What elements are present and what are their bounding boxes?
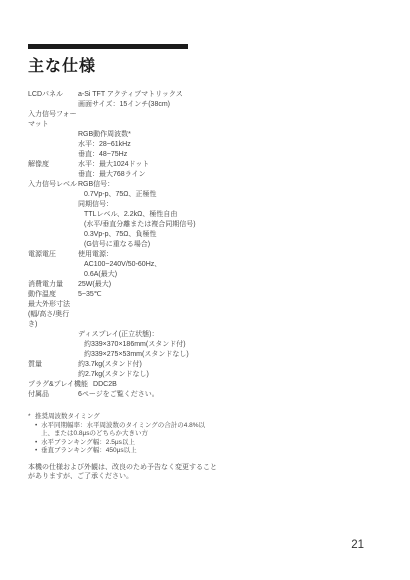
spec-values: DDC2B: [93, 380, 382, 390]
spec-value-line: DDC2B: [93, 380, 382, 390]
manual-page: 主な仕様 LCDパネルa-Si TFT アクティブマトリックス画面サイズ：15イ…: [0, 0, 410, 580]
spec-row: LCDパネルa-Si TFT アクティブマトリックス画面サイズ：15インチ(38…: [28, 90, 382, 110]
spec-values: 5~35℃: [78, 290, 382, 300]
spec-value-line: 約339×370×186mm(スタンド付): [78, 340, 382, 350]
spec-label: 入力信号フォーマット: [28, 110, 78, 130]
footnote-bullet: •水平同期幅率：水平周波数のタイミングの合計の4.8%以上、または0.8μsのど…: [35, 422, 382, 439]
spec-value-line: a-Si TFT アクティブマトリックス: [78, 90, 382, 100]
disclaimer-text: 本機の仕様および外観は、改良のため予告なく変更することがありますが、ご了承くださ…: [28, 463, 220, 482]
footnote-title: 推奨周波数タイミング: [35, 413, 100, 422]
footnote-asterisk: *: [28, 413, 35, 422]
spec-row: 入力信号レベルRGB信号：0.7Vp-p、75Ω、正極性同期信号：TTLレベル、…: [28, 180, 382, 250]
spec-label: 解像度: [28, 160, 78, 180]
spec-value-line: (水平/垂直分離または複合同期信号): [78, 220, 382, 230]
spec-row: プラグ&プレイ機能DDC2B: [28, 380, 382, 390]
spec-value-line: 垂直：48~75Hz: [78, 150, 382, 160]
spec-row: 最大外形寸法(幅/高さ/奥行き)ディスプレイ(正立状態)：約339×370×18…: [28, 300, 382, 360]
spec-row: 解像度水平：最大1024ドット垂直：最大768ライン: [28, 160, 382, 180]
spec-values: RGB動作周波数*水平：28~61kHz垂直：48~75Hz: [78, 130, 382, 160]
spec-label: プラグ&プレイ機能: [28, 380, 88, 390]
spec-value-line: RGB信号：: [78, 180, 382, 190]
spec-value-line: AC100~240V/50-60Hz、: [78, 260, 382, 270]
spec-values: 水平：最大1024ドット垂直：最大768ライン: [78, 160, 382, 180]
spec-value-line: 垂直：最大768ライン: [78, 170, 382, 180]
page-content: 主な仕様 LCDパネルa-Si TFT アクティブマトリックス画面サイズ：15イ…: [28, 44, 382, 482]
spec-values: 6ページをご覧ください。: [78, 390, 382, 400]
spec-row: 入力信号フォーマットRGB動作周波数*水平：28~61kHz垂直：48~75Hz: [28, 110, 382, 160]
spec-value-line: 使用電源：: [78, 250, 382, 260]
spec-value-line: 画面サイズ：15インチ(38cm): [78, 100, 382, 110]
spec-value-line: TTLレベル、2.2kΩ、極性自由: [78, 210, 382, 220]
section-title-bar: [28, 44, 188, 49]
spec-value-line: 水平：28~61kHz: [78, 140, 382, 150]
spec-label: 電源電圧: [28, 250, 78, 280]
footnote-bullet-text: 垂直ブランキング幅：450μs以上: [41, 447, 213, 456]
footnote-bullets: •水平同期幅率：水平周波数のタイミングの合計の4.8%以上、または0.8μsのど…: [28, 422, 382, 456]
spec-value-line: 約3.7kg(スタンド付): [78, 360, 382, 370]
page-number: 21: [351, 539, 364, 551]
spec-value-line: 25W(最大): [78, 280, 382, 290]
spec-label: LCDパネル: [28, 90, 78, 110]
spec-row: 付属品6ページをご覧ください。: [28, 390, 382, 400]
spec-value-line: 5~35℃: [78, 290, 382, 300]
spec-value-line: ディスプレイ(正立状態)：: [78, 330, 382, 340]
spec-label: 入力信号レベル: [28, 180, 78, 250]
spec-value-line: 0.6A(最大): [78, 270, 382, 280]
footnotes: * 推奨周波数タイミング •水平同期幅率：水平周波数のタイミングの合計の4.8%…: [28, 413, 382, 456]
spec-value-line: 水平：最大1024ドット: [78, 160, 382, 170]
spec-list: LCDパネルa-Si TFT アクティブマトリックス画面サイズ：15インチ(38…: [28, 90, 382, 400]
spec-values: ディスプレイ(正立状態)：約339×370×186mm(スタンド付)約339×2…: [78, 330, 382, 360]
footnote-bullet: •垂直ブランキング幅：450μs以上: [35, 447, 382, 456]
spec-row: 動作温度5~35℃: [28, 290, 382, 300]
spec-value-line: (G信号に重なる場合): [78, 240, 382, 250]
spec-row: 電源電圧使用電源：AC100~240V/50-60Hz、0.6A(最大): [28, 250, 382, 280]
footnote-bullet-text: 水平同期幅率：水平周波数のタイミングの合計の4.8%以上、または0.8μsのどち…: [41, 422, 213, 439]
footnote-header: * 推奨周波数タイミング: [28, 413, 382, 422]
spec-row: 消費電力量25W(最大): [28, 280, 382, 290]
spec-label: 消費電力量: [28, 280, 78, 290]
footnote-bullet-text: 水平ブランキング幅：2.5μs以上: [41, 439, 213, 448]
spec-label: 最大外形寸法(幅/高さ/奥行き): [28, 300, 78, 330]
spec-value-line: 同期信号：: [78, 200, 382, 210]
spec-values: RGB信号：0.7Vp-p、75Ω、正極性同期信号：TTLレベル、2.2kΩ、極…: [78, 180, 382, 250]
spec-values: 使用電源：AC100~240V/50-60Hz、0.6A(最大): [78, 250, 382, 280]
spec-value-line: 0.7Vp-p、75Ω、正極性: [78, 190, 382, 200]
spec-value-line: RGB動作周波数*: [78, 130, 382, 140]
spec-values: 約3.7kg(スタンド付)約2.7kg(スタンドなし): [78, 360, 382, 380]
spec-label: 付属品: [28, 390, 78, 400]
spec-row: 質量約3.7kg(スタンド付)約2.7kg(スタンドなし): [28, 360, 382, 380]
spec-value-line: 0.3Vp-p、75Ω、負極性: [78, 230, 382, 240]
spec-values: 25W(最大): [78, 280, 382, 290]
spec-label: 動作温度: [28, 290, 78, 300]
spec-label: 質量: [28, 360, 78, 380]
page-title: 主な仕様: [28, 53, 382, 76]
spec-value-line: 6ページをご覧ください。: [78, 390, 382, 400]
footnote-bullet: •水平ブランキング幅：2.5μs以上: [35, 439, 382, 448]
spec-values: a-Si TFT アクティブマトリックス画面サイズ：15インチ(38cm): [78, 90, 382, 110]
spec-value-line: 約339×275×53mm(スタンドなし): [78, 350, 382, 360]
spec-value-line: 約2.7kg(スタンドなし): [78, 370, 382, 380]
